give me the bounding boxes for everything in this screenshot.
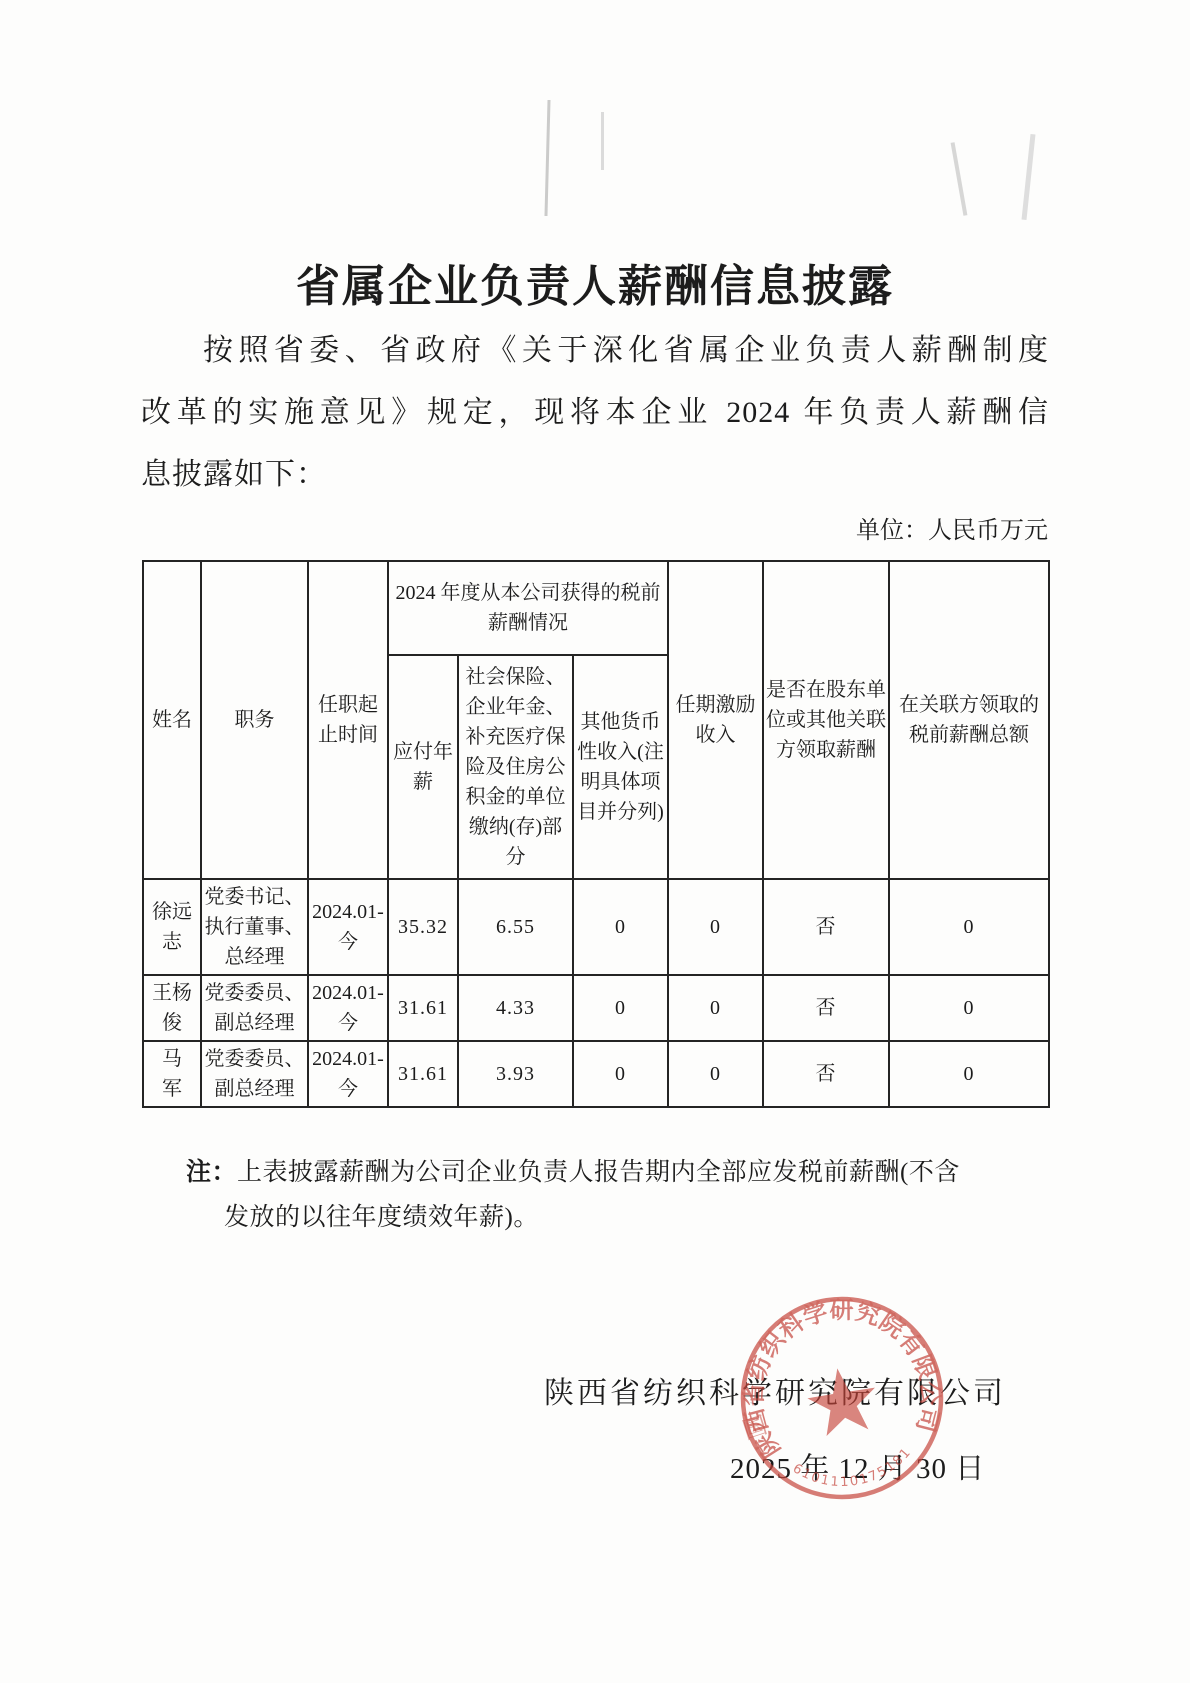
- cell-term: 2024.01-今: [308, 1041, 388, 1107]
- cell-term: 2024.01-今: [308, 879, 388, 975]
- salary-table: 姓名 职务 任职起止时间 2024 年度从本公司获得的税前薪酬情况 任期激励收入…: [142, 560, 1050, 1108]
- scan-artifact: [1022, 134, 1036, 220]
- cell-social-insurance: 3.93: [458, 1041, 573, 1107]
- col-header-related-total: 在关联方领取的税前薪酬总额: [889, 561, 1049, 879]
- col-header-other-income: 其他货币性收入(注明具体项目并分列): [573, 655, 668, 879]
- cell-annual-salary: 35.32: [388, 879, 458, 975]
- cell-annual-salary: 31.61: [388, 1041, 458, 1107]
- col-header-social-insurance: 社会保险、企业年金、补充医疗保险及住房公积金的单位缴纳(存)部分: [458, 655, 573, 879]
- signature-date: 2025 年 12 月 30 日: [730, 1446, 985, 1487]
- cell-other-income: 0: [573, 975, 668, 1041]
- col-header-position: 职务: [201, 561, 308, 879]
- intro-line-2: 改革的实施意见》规定，现将本企业 2024 年负责人薪酬信: [141, 382, 1049, 444]
- col-header-term-incentive: 任期激励收入: [668, 561, 763, 879]
- intro-paragraph: 按照省委、省政府《关于深化省属企业负责人薪酬制度 改革的实施意见》规定，现将本企…: [141, 292, 1049, 506]
- cell-term-incentive: 0: [668, 975, 763, 1041]
- cell-other-income: 0: [573, 1041, 668, 1107]
- cell-term-incentive: 0: [668, 879, 763, 975]
- table-row: 王杨俊 党委委员、副总经理 2024.01-今 31.61 4.33 0 0 否…: [143, 975, 1049, 1041]
- cell-term: 2024.01-今: [308, 975, 388, 1041]
- currency-unit-note: 单位：人民币万元: [141, 510, 1048, 545]
- company-name: 陕西省纺织科学研究院有限公司: [544, 1368, 1006, 1412]
- footnote: 注：上表披露薪酬为公司企业负责人报告期内全部应发税前薪酬(不含 发放的以往年度绩…: [186, 1150, 998, 1240]
- scan-artifact: [601, 112, 604, 170]
- col-header-salary-group: 2024 年度从本公司获得的税前薪酬情况: [388, 561, 668, 655]
- col-header-name: 姓名: [143, 561, 201, 879]
- intro-line-3: 息披露如下：: [141, 444, 1049, 506]
- cell-related-total: 0: [889, 975, 1049, 1041]
- table-row: 马 军 党委委员、副总经理 2024.01-今 31.61 3.93 0 0 否…: [143, 1041, 1049, 1107]
- col-header-shareholder-pay: 是否在股东单位或其他关联方领取薪酬: [763, 561, 889, 879]
- cell-related-total: 0: [889, 1041, 1049, 1107]
- scan-artifact: [951, 142, 968, 216]
- footnote-text-1: 上表披露薪酬为公司企业负责人报告期内全部应发税前薪酬(不含: [237, 1159, 960, 1186]
- cell-position: 党委委员、副总经理: [201, 975, 308, 1041]
- cell-related-total: 0: [889, 879, 1049, 975]
- cell-social-insurance: 6.55: [458, 879, 573, 975]
- scan-artifact: [544, 100, 550, 216]
- cell-position: 党委书记、执行董事、总经理: [201, 879, 308, 975]
- cell-name: 马 军: [143, 1041, 201, 1107]
- cell-name: 王杨俊: [143, 975, 201, 1041]
- cell-name: 徐远志: [143, 879, 201, 975]
- cell-position: 党委委员、副总经理: [201, 1041, 308, 1107]
- footnote-line-1: 注：上表披露薪酬为公司企业负责人报告期内全部应发税前薪酬(不含: [186, 1150, 998, 1195]
- footnote-label: 注：: [186, 1159, 237, 1186]
- intro-line-1: 按照省委、省政府《关于深化省属企业负责人薪酬制度: [141, 320, 1049, 382]
- cell-annual-salary: 31.61: [388, 975, 458, 1041]
- cell-social-insurance: 4.33: [458, 975, 573, 1041]
- document-page: 省属企业负责人薪酬信息披露 按照省委、省政府《关于深化省属企业负责人薪酬制度 改…: [0, 0, 1190, 1683]
- cell-shareholder-pay: 否: [763, 1041, 889, 1107]
- col-header-term: 任职起止时间: [308, 561, 388, 879]
- cell-shareholder-pay: 否: [763, 879, 889, 975]
- table-row: 徐远志 党委书记、执行董事、总经理 2024.01-今 35.32 6.55 0…: [143, 879, 1049, 975]
- col-header-annual-salary: 应付年薪: [388, 655, 458, 879]
- cell-other-income: 0: [573, 879, 668, 975]
- footnote-line-2: 发放的以往年度绩效年薪)。: [186, 1195, 998, 1240]
- cell-shareholder-pay: 否: [763, 975, 889, 1041]
- cell-term-incentive: 0: [668, 1041, 763, 1107]
